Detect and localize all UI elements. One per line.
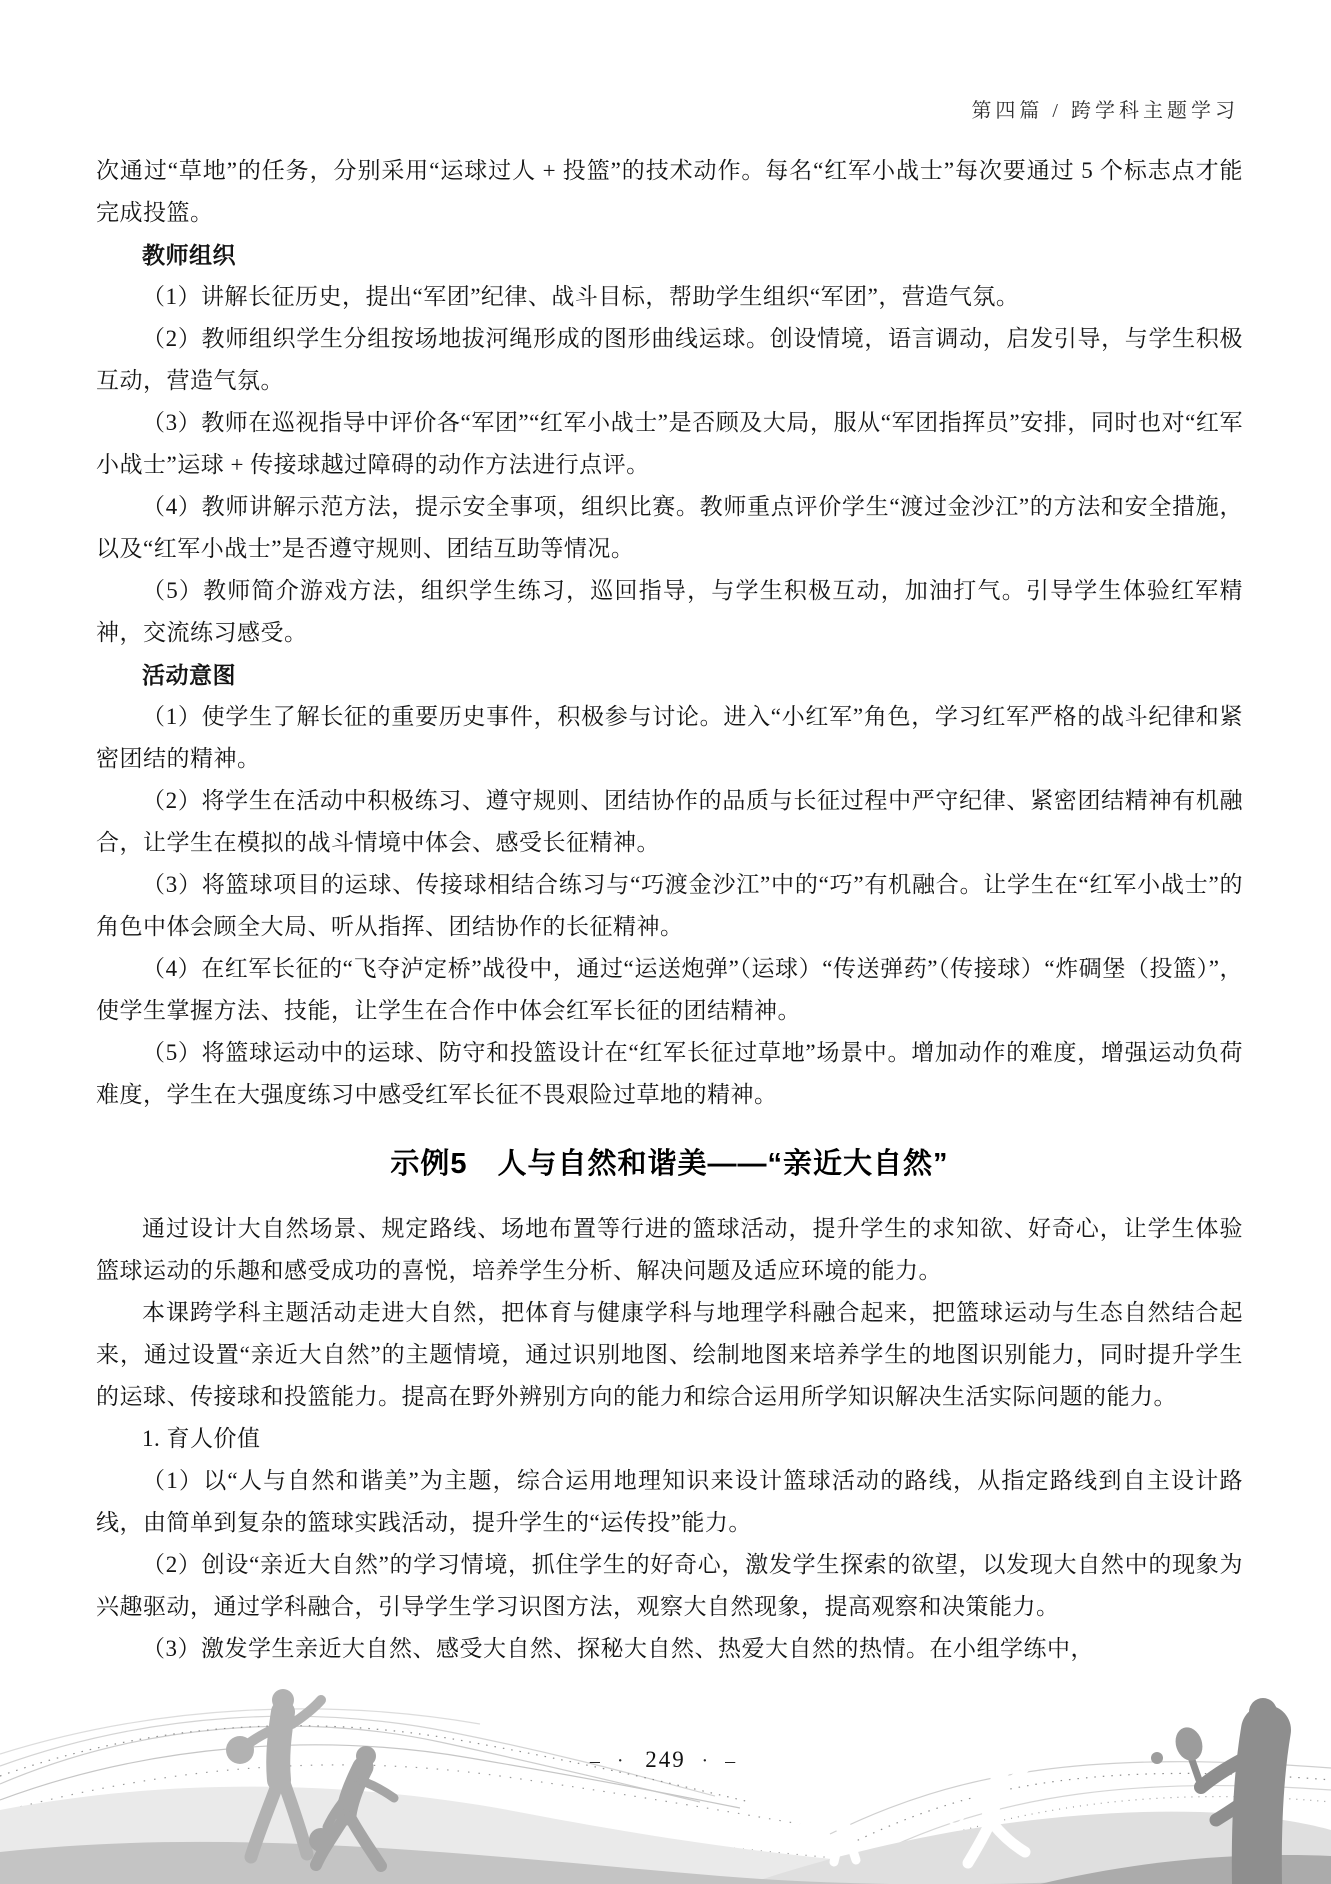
paragraph: （3）激发学生亲近大自然、感受大自然、探秘大自然、热爱大自然的热情。在小组学练中… — [96, 1628, 1243, 1670]
paragraph: 次通过“草地”的任务，分别采用“运球过人 + 投篮”的技术动作。每名“红军小战士… — [96, 150, 1243, 234]
subheading: 活动意图 — [96, 654, 1243, 696]
page-number-suffix: · – — [702, 1750, 742, 1772]
footer-decoration — [0, 1684, 1331, 1884]
paragraph: （4）在红军长征的“飞夺泸定桥”战役中，通过“运送炮弹”（运球）“传送弹药”（传… — [96, 948, 1243, 1032]
paragraph: （3）教师在巡视指导中评价各“军团”“红军小战士”是否顾及大局，服从“军团指挥员… — [96, 402, 1243, 486]
subheading: 教师组织 — [96, 234, 1243, 276]
list-title: 1. 育人价值 — [96, 1418, 1243, 1460]
paragraph: （2）将学生在活动中积极练习、遵守规则、团结协作的品质与长征过程中严守纪律、紧密… — [96, 780, 1243, 864]
paragraph: （3）将篮球项目的运球、传接球相结合练习与“巧渡金沙江”中的“巧”有机融合。让学… — [96, 864, 1243, 948]
document-page: 第四篇 / 跨学科主题学习 次通过“草地”的任务，分别采用“运球过人 + 投篮”… — [0, 0, 1331, 1884]
paragraph: （1）讲解长征历史，提出“军团”纪律、战斗目标，帮助学生组织“军团”，营造气氛。 — [96, 276, 1243, 318]
paragraph: （4）教师讲解示范方法，提示安全事项，组织比赛。教师重点评价学生“渡过金沙江”的… — [96, 486, 1243, 570]
paragraph: 本课跨学科主题活动走进大自然，把体育与健康学科与地理学科融合起来，把篮球运动与生… — [96, 1292, 1243, 1418]
paragraph: （2）创设“亲近大自然”的学习情境，抓住学生的好奇心，激发学生探索的欲望，以发现… — [96, 1544, 1243, 1628]
racket-icon — [946, 1800, 964, 1824]
body-text: 次通过“草地”的任务，分别采用“运球过人 + 投篮”的技术动作。每名“红军小战士… — [96, 150, 1243, 1670]
paragraph: （5）将篮球运动中的运球、防守和投篮设计在“红军长征过草地”场景中。增加动作的难… — [96, 1032, 1243, 1116]
page-number: – · 249 · – — [0, 1747, 1331, 1773]
page-header: 第四篇 / 跨学科主题学习 — [971, 94, 1239, 123]
page-number-prefix: – · — [590, 1750, 630, 1772]
section-title: 示例5 人与自然和谐美——“亲近大自然” — [96, 1146, 1243, 1182]
paragraph: 通过设计大自然场景、规定路线、场地布置等行进的篮球活动，提升学生的求知欲、好奇心… — [96, 1208, 1243, 1292]
paragraph: （1）使学生了解长征的重要历史事件，积极参与讨论。进入“小红军”角色，学习红军严… — [96, 696, 1243, 780]
paragraph: （1）以“人与自然和谐美”为主题，综合运用地理知识来设计篮球活动的路线，从指定路… — [96, 1460, 1243, 1544]
paragraph: （2）教师组织学生分组按场地拔河绳形成的图形曲线运球。创设情境，语言调动，启发引… — [96, 318, 1243, 402]
paragraph: （5）教师简介游戏方法，组织学生练习，巡回指导，与学生积极互动，加油打气。引导学… — [96, 570, 1243, 654]
page-number-value: 249 — [645, 1747, 686, 1772]
